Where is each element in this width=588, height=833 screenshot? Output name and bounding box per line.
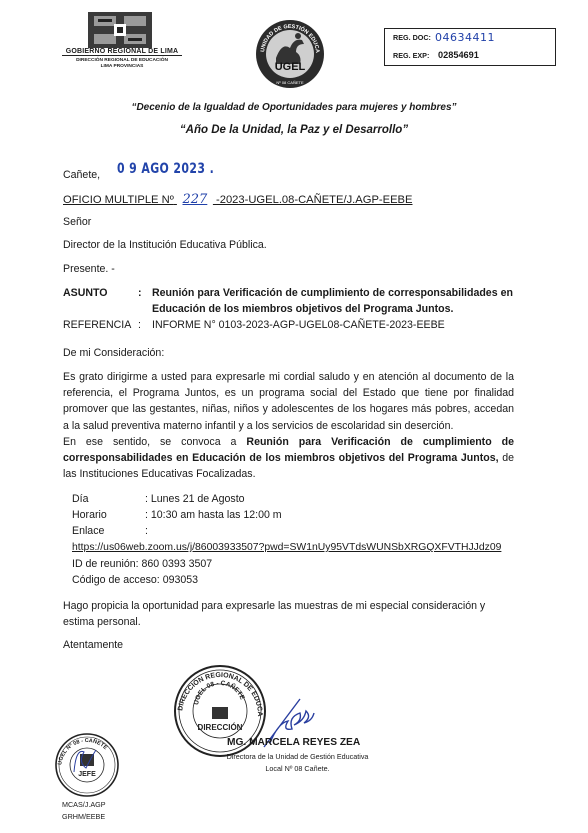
signer-role-line-2: Local Nº 08 Cañete. [210,764,385,773]
atentamente: Atentamente [63,638,123,654]
referencia-label: REFERENCIA [63,318,131,334]
jefe-seal-icon: UGEL Nº 08 - CAÑETE JEFE [54,732,120,798]
gob-subtitle-2: LIMA PROVINCIAS [62,64,182,69]
meeting-id: ID de reunión: 860 0393 3507 [72,557,212,573]
initials-line-1: MCAS/J.AGP [62,800,106,809]
detail-value-horario: : 10:30 am hasta las 12:00 m [145,508,282,524]
asunto-text: Reunión para Verificación de cumplimient… [152,286,513,317]
body-paragraph-2: En ese sentido, se convoca a Reunión par… [63,434,514,483]
oficio-number: 227 [177,192,213,207]
motto-year: “Año De la Unidad, la Paz y el Desarroll… [0,124,588,136]
date-stamp: 0 9 AGO 2023 . [117,161,214,177]
referencia-colon: : [138,318,141,334]
svg-text:DIRECCIÓN: DIRECCIÓN [198,723,243,732]
closing-paragraph: Hago propicia la oportunidad para expres… [63,598,518,630]
reg-exp-label: REG. EXP: [393,51,429,60]
asunto-label: ASUNTO [63,286,108,302]
meeting-access-code: Código de acceso: 093053 [72,573,198,589]
signer-role-line-1: Directora de la Unidad de Gestión Educat… [210,752,385,761]
oficio-prefix: OFICIO MULTIPLE Nº [63,194,174,206]
registration-box: REG. DOC: 04634411 REG. EXP: 02854691 [384,28,556,66]
salutation: Señor [63,215,91,231]
zoom-meeting-link[interactable]: https://us06web.zoom.us/j/86003933507?pw… [72,540,501,556]
detail-label-enlace: Enlace [72,524,104,540]
body-paragraph-1: Es grato dirigirme a usted para expresar… [63,369,514,434]
reg-doc-value: 04634411 [435,31,495,44]
detail-label-dia: Día [72,492,89,508]
svg-text:UGEL: UGEL [275,61,306,73]
city: Cañete, [63,168,100,184]
body2-pre: En ese sentido, se convoca a [63,436,246,448]
recipient: Director de la Institución Educativa Púb… [63,238,267,254]
motto-decenio: “Decenio de la Igualdad de Oportunidades… [0,102,588,113]
oficio-suffix: -2023-UGEL.08-CAÑETE/J.AGP-EEBE [216,194,412,206]
initials-line-2: GRHM/EEBE [62,812,105,821]
detail-value-dia: : Lunes 21 de Agosto [145,492,245,508]
gobierno-regional-lima-logo-icon [80,10,160,50]
detail-value-enlace: : [145,524,148,540]
gob-title: GOBIERNO REGIONAL DE LIMA [62,48,182,56]
consideracion: De mi Consideración: [63,346,164,362]
signer-name: MG. MARCELA REYES ZEA [227,737,360,748]
presente: Presente. - [63,262,115,278]
oficio-reference: OFICIO MULTIPLE Nº 227 -2023-UGEL.08-CAÑ… [63,192,413,207]
detail-label-horario: Horario [72,508,107,524]
asunto-colon: : [138,286,142,302]
reg-doc-label: REG. DOC: [393,33,431,42]
ugel-logo-icon: UGEL UNIDAD DE GESTIÓN EDUCATIVA LOCAL N… [254,18,326,90]
svg-text:JEFE: JEFE [78,771,96,778]
reg-exp-value: 02854691 [438,50,479,60]
referencia-text: INFORME N° 0103-2023-AGP-UGEL08-CAÑETE-2… [152,318,445,334]
gob-subtitle-1: DIRECCIÓN REGIONAL DE EDUCACIÓN [62,58,182,63]
svg-text:Nº 08 CAÑETE: Nº 08 CAÑETE [276,80,304,85]
